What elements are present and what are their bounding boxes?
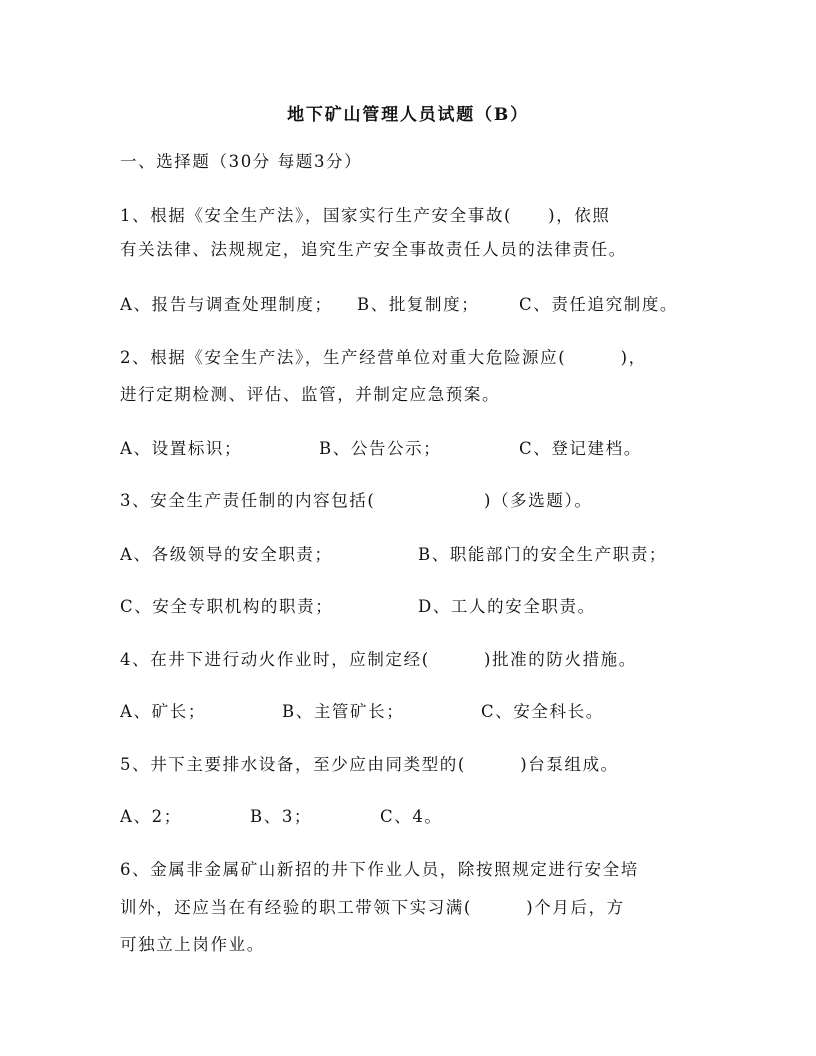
question-2-line-1: 2、根据《安全生产法》，生产经营单位对重大危险源应( )， (120, 348, 647, 368)
question-2-option-c: C、登记建档。 (519, 439, 642, 459)
question-5-option-c: C、4。 (380, 807, 443, 827)
question-5-line-1: 5、井下主要排水设备，至少应由同类型的( )台泵组成。 (120, 755, 619, 775)
question-6-line-2: 训外，还应当在有经验的职工带领下实习满( )个月后，方 (120, 898, 625, 918)
question-1-option-c: C、责任追究制度。 (519, 295, 678, 315)
question-1-line-2: 有关法律、法规规定，追究生产安全事故责任人员的法律责任。 (120, 240, 627, 260)
question-5-option-b: B、3； (250, 807, 312, 827)
question-3-option-a: A、各级领导的安全职责； (120, 545, 333, 565)
section-heading: 一、选择题（30分 每题3分） (120, 152, 362, 172)
question-6-line-3: 可独立上岗作业。 (120, 935, 265, 955)
question-2-option-a: A、设置标识； (120, 439, 242, 459)
question-4-line-1: 4、在井下进行动火作业时，应制定经( )批准的防火措施。 (120, 650, 637, 670)
question-5-option-a: A、2； (120, 807, 182, 827)
question-2-option-b: B、公告公示； (319, 439, 441, 459)
question-1-line-1: 1、根据《安全生产法》，国家实行生产安全事故( )，依照 (120, 206, 611, 226)
question-4-option-b: B、主管矿长； (282, 702, 404, 722)
question-3-option-b: B、职能部门的安全生产职责； (418, 545, 667, 565)
exam-page: 地下矿山管理人员试题（B） 一、选择题（30分 每题3分） 1、根据《安全生产法… (0, 0, 816, 1056)
question-1-option-a: A、报告与调查处理制度； (120, 295, 333, 315)
question-2-line-2: 进行定期检测、评估、监管，并制定应急预案。 (120, 385, 500, 405)
question-4-option-c: C、安全科长。 (481, 702, 604, 722)
question-4-option-a: A、矿长； (120, 702, 206, 722)
question-6-line-1: 6、金属非金属矿山新招的井下作业人员，除按照规定进行安全培 (120, 860, 639, 880)
question-3-option-d: D、工人的安全职责。 (418, 597, 596, 617)
document-title: 地下矿山管理人员试题（B） (0, 100, 816, 125)
question-3-line-1: 3、安全生产责任制的内容包括( )（多选题）。 (120, 491, 592, 511)
question-3-option-c: C、安全专职机构的职责； (120, 597, 333, 617)
question-1-option-b: B、批复制度； (357, 295, 479, 315)
